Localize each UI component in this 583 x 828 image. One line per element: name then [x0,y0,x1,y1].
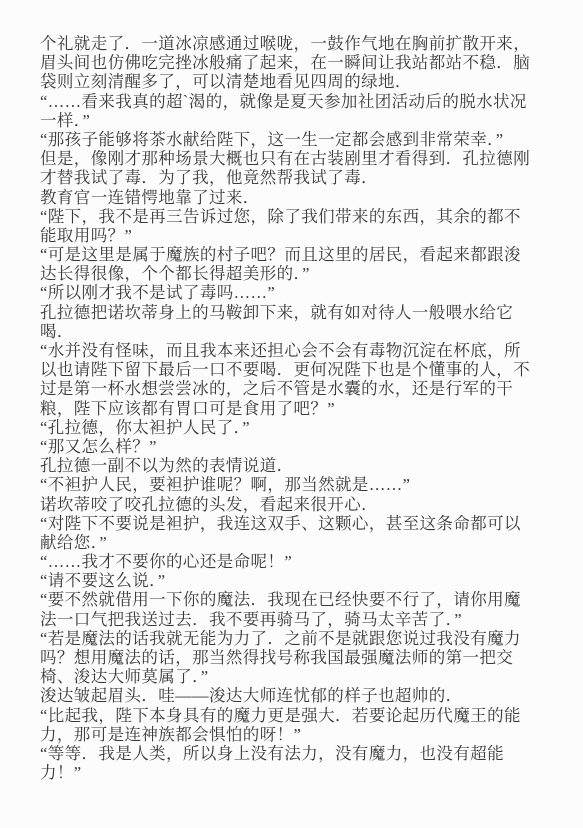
text-line: “那又怎么样？” [40,437,550,456]
text-line: “可是这里是属于魔族的村子吧？而且这里的居民，看起来都跟浚 [40,245,550,264]
text-line: 椅、浚达大师莫属了．” [40,667,550,686]
text-line: 粮，陛下应该都有胃口可是食用了吧？” [40,399,550,418]
body-text: 个礼就走了．一道冰凉感通过喉咙，一鼓作气地在胸前扩散开来， 眉头间也仿佛吃完挫冰… [40,34,550,782]
text-line: 喝． [40,322,550,341]
text-line: “那孩子能够将茶水献给陛下，这一生一定都会感到非常荣幸．” [40,130,550,149]
scanned-book-page: 个礼就走了．一道冰凉感通过喉咙，一鼓作气地在胸前扩散开来， 眉头间也仿佛吃完挫冰… [0,0,583,828]
text-line: 孔拉德把诺坎蒂身上的马鞍卸下来，就有如对待人一般喂水给它 [40,303,550,322]
text-line: “等等．我是人类，所以身上没有法力，没有魔力，也没有超能 [40,744,550,763]
text-line: 吗？想用魔法的话，那当然得找号称我国最强魔法师的第一把交 [40,648,550,667]
text-line: 以也请陛下留下最后一口不要喝．更何况陛下也是个懂事的人，不 [40,360,550,379]
text-line: 过是第一杯水想尝尝冰的，之后不管是水囊的水，还是行军的干 [40,379,550,398]
text-line: 献给您．” [40,533,550,552]
text-line: “比起我，陛下本身具有的魔力更是强大．若要论起历代魔王的能 [40,706,550,725]
text-line: 力！” [40,763,550,782]
text-line: “……我才不要你的心还是命呢！” [40,552,550,571]
text-line: 达长得很像，个个都长得超美形的．” [40,264,550,283]
text-line: 浚达皱起眉头．哇——浚达大师连忧郁的样子也超帅的． [40,686,550,705]
text-line: 能取用吗？” [40,226,550,245]
text-line: “孔拉德，你太袒护人民了．” [40,418,550,437]
text-line: “要不然就借用一下你的魔法．我现在已经快要不行了，请你用魔 [40,590,550,609]
text-line: 一样．” [40,111,550,130]
text-line: “陛下，我不是再三告诉过您，除了我们带来的东西，其余的都不 [40,207,550,226]
text-line: 力，那可是连神族都会惧怕的呀！” [40,725,550,744]
text-line: “……看来我真的超`渴的，就像是夏天参加社团活动后的脱水状况 [40,92,550,111]
text-line: 个礼就走了．一道冰凉感通过喉咙，一鼓作气地在胸前扩散开来， [40,34,550,53]
text-line: “不袒护人民，要袒护谁呢？啊，那当然就是……” [40,475,550,494]
text-line: “请不要这么说．” [40,571,550,590]
text-line: 法一口气把我送过去．我不要再骑马了，骑马太辛苦了．” [40,610,550,629]
text-line: 才替我试了毒．为了我，他竟然帮我试了毒． [40,168,550,187]
text-line: 孔拉德一副不以为然的表情说道． [40,456,550,475]
text-line: 教育官一连错愕地靠了过来． [40,188,550,207]
text-line: 诺坎蒂咬了咬孔拉德的头发，看起来很开心． [40,495,550,514]
text-line: 但是，像刚才那种场景大概也只有在古装剧里才看得到．孔拉德刚 [40,149,550,168]
text-line: “水并没有怪味，而且我本来还担心会不会有毒物沉淀在杯底，所 [40,341,550,360]
text-line: “若是魔法的话我就无能为力了．之前不是就跟您说过我没有魔力 [40,629,550,648]
text-line: “对陛下不要说是袒护，我连这双手、这颗心，甚至这条命都可以 [40,514,550,533]
text-line: 眉头间也仿佛吃完挫冰般痛了起来，在一瞬间让我站都站不稳．脑 [40,53,550,72]
text-line: 袋则立刻清醒多了，可以清楚地看见四周的绿地． [40,72,550,91]
text-line: “所以刚才我不是试了毒吗……” [40,283,550,302]
